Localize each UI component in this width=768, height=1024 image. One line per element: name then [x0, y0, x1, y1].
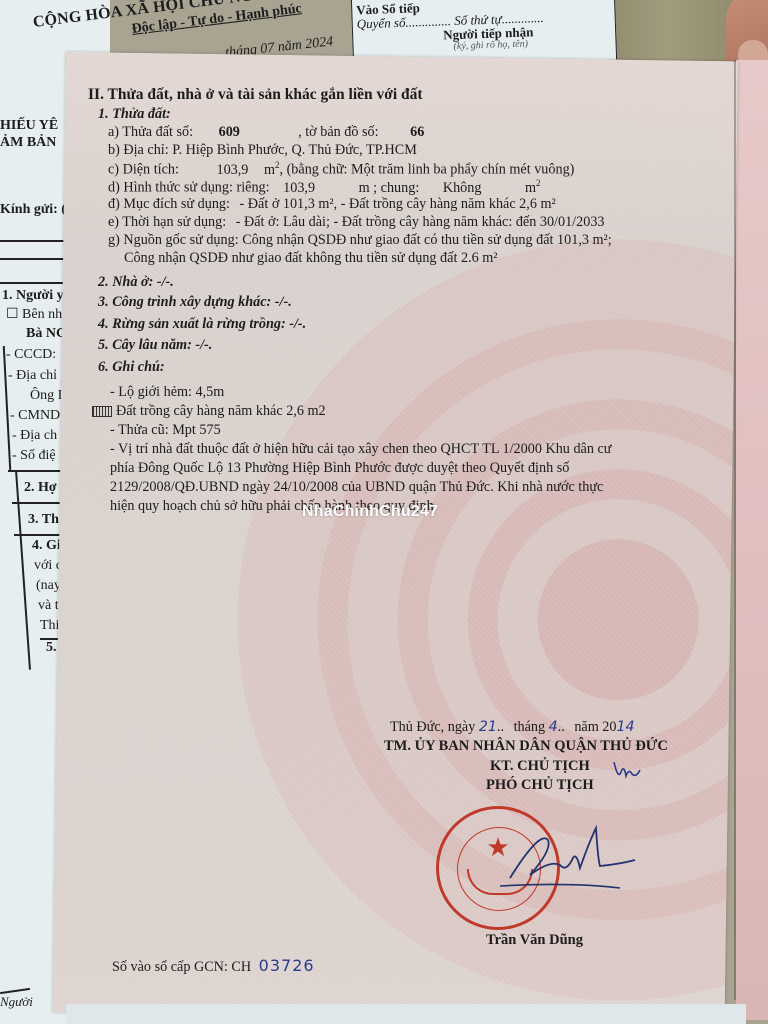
note-item-text: Đất trồng cây hàng năm khác 2,6 m2 — [116, 403, 326, 419]
note-item: 2129/2008/QĐ.UBND ngày 24/10/2008 của UB… — [110, 479, 603, 496]
parcel-number-row: a) Thửa đất số: 609 , tờ bản đồ số: 66 — [108, 124, 424, 141]
usage-purpose-label: đ) Mục đích sử dụng: — [108, 196, 230, 212]
usage-term-label: e) Thời hạn sử dụng: — [108, 214, 226, 230]
signature — [500, 820, 640, 890]
map-sheet-label: , tờ bản đồ số: — [298, 124, 378, 140]
page-fold — [734, 60, 736, 1000]
form-fragment: Ông I — [30, 388, 62, 404]
note-item: Đất trồng cây hàng năm khác 2,6 m2 — [92, 403, 326, 420]
form-fragment: 2. Hợ — [24, 480, 57, 496]
registry-number-row: Số vào sổ cấp GCN: CH 03726 — [112, 956, 315, 976]
private-area: 103,9 — [283, 180, 315, 196]
note-item: phía Đông Quốc Lộ 13 Phường Hiệp Bình Ph… — [110, 460, 569, 477]
form-fragment: - Số điệ — [12, 448, 56, 464]
note-item: - Vị trí nhà đất thuộc đất ở hiện hữu cả… — [110, 441, 611, 458]
form-fragment: ẢM BẢN — [0, 135, 56, 151]
registry-number: 03726 — [259, 956, 315, 975]
perennial-trees-item: 5. Cây lâu năm: -/-. — [98, 337, 212, 354]
form-fragment: - CCCD: — [6, 347, 56, 363]
parcel-number: 609 — [219, 124, 279, 141]
form-fragment: và t — [38, 598, 59, 614]
watermark: NhaChinhChu247 — [302, 503, 438, 521]
notes-heading: 6. Ghi chú: — [98, 359, 165, 376]
form-fragment: 4. Gi — [32, 538, 61, 554]
usage-purpose-value: - Đất ở 101,3 m², - Đất trồng cây hàng n… — [240, 196, 556, 212]
registry-label: Số vào sổ cấp GCN: CH — [112, 959, 251, 975]
shared-label: m ; chung: — [359, 180, 420, 196]
usage-term-row: e) Thời hạn sử dụng: - Đất ở: Lâu dài; -… — [108, 214, 605, 231]
form-fragment: Kính gửi: ( — [0, 202, 66, 218]
year-label: năm 20 — [574, 719, 616, 735]
map-sheet-number: 66 — [410, 124, 424, 140]
form-fragment: - Địa ch — [12, 428, 57, 444]
address-value: P. Hiệp Bình Phước, Q. Thủ Đức, TP.HCM — [172, 142, 417, 158]
land-parcel-heading: 1. Thửa đất: — [98, 106, 171, 123]
signer-role-2: PHÓ CHỦ TỊCH — [486, 777, 594, 794]
signer-name: Trần Văn Dũng — [486, 932, 583, 949]
form-fragment: - CMND — [10, 408, 60, 424]
house-item: 2. Nhà ở: -/-. — [98, 274, 174, 291]
note-item: - Lộ giới hẻm: 4,5m — [110, 384, 224, 401]
sign-year-suffix: 14 — [616, 719, 634, 735]
form-fragment: HIẾU YÊ — [0, 118, 58, 134]
barcode-icon — [92, 406, 112, 417]
parcel-number-label: a) Thửa đất số: — [108, 124, 193, 140]
place-date-line: Thủ Đức, ngày 21.. tháng 4.. năm 2014 — [390, 719, 635, 736]
usage-term-value: - Đất ở: Lâu dài; - Đất trồng cây hàng n… — [236, 214, 605, 230]
form-fragment: 3. Th — [28, 512, 59, 528]
area-in-words: , (bằng chữ: Một trăm linh ba phẩy chín … — [279, 162, 574, 178]
form-fragment: Người — [0, 994, 33, 1010]
area-label: c) Diện tích: — [108, 162, 179, 178]
area-value: 103,9 — [216, 162, 248, 178]
initials-mark — [612, 758, 642, 784]
usage-origin-label: g) Nguồn gốc sử dụng: — [108, 232, 239, 248]
authority-name: TM. ỦY BAN NHÂN DÂN QUẬN THỦ ĐỨC — [384, 738, 668, 755]
form-fragment: ☐ Bên nh — [6, 306, 62, 323]
area-unit: m — [264, 162, 275, 178]
usage-form-row: d) Hình thức sử dụng: riêng: 103,9 m ; c… — [108, 178, 541, 197]
receiver-hint: (ký, ghi rõ họ, tên) — [453, 38, 528, 52]
form-fragment: (nay — [36, 578, 61, 594]
usage-form-label: d) Hình thức sử dụng: riêng: — [108, 180, 270, 196]
certificate-right-page — [736, 60, 768, 1020]
usage-purpose-row: đ) Mục đích sử dụng: - Đất ở 101,3 m², -… — [108, 196, 556, 213]
usage-origin-line1: Công nhận QSDĐ như giao đất có thu tiền … — [242, 232, 612, 248]
sign-month: 4 — [549, 719, 558, 735]
usage-origin-line2: Công nhận QSDĐ như giao đất không thu ti… — [124, 250, 498, 267]
sign-day: 21 — [479, 719, 497, 735]
form-fragment: Bà NG — [26, 326, 67, 342]
form-paper-edge — [66, 1004, 746, 1024]
form-fragment: - Địa chỉ — [8, 368, 57, 384]
address-row: b) Địa chỉ: P. Hiệp Bình Phước, Q. Thủ Đ… — [108, 142, 417, 159]
shared-unit: m — [525, 180, 536, 196]
usage-origin-row: g) Nguồn gốc sử dụng: Công nhận QSDĐ như… — [108, 232, 612, 249]
signer-role-1: KT. CHỦ TỊCH — [490, 758, 590, 775]
planted-forest-item: 4. Rừng sản xuất là rừng trồng: -/-. — [98, 316, 306, 333]
form-fragment: Thi — [40, 618, 59, 634]
other-construction-item: 3. Công trình xây dựng khác: -/-. — [98, 294, 292, 311]
form-fragment: 1. Người y — [2, 288, 64, 304]
note-item: - Thửa cũ: Mpt 575 — [110, 422, 221, 439]
address-label: b) Địa chỉ: — [108, 142, 169, 158]
place-date-prefix: Thủ Đức, ngày — [390, 719, 475, 735]
shared-area: Không — [443, 180, 482, 196]
month-label: tháng — [514, 719, 546, 735]
area-row: c) Diện tích: 103,9 m2, (bằng chữ: Một t… — [108, 160, 574, 179]
section-title: II. Thửa đất, nhà ở và tài sản khác gắn … — [88, 86, 423, 104]
